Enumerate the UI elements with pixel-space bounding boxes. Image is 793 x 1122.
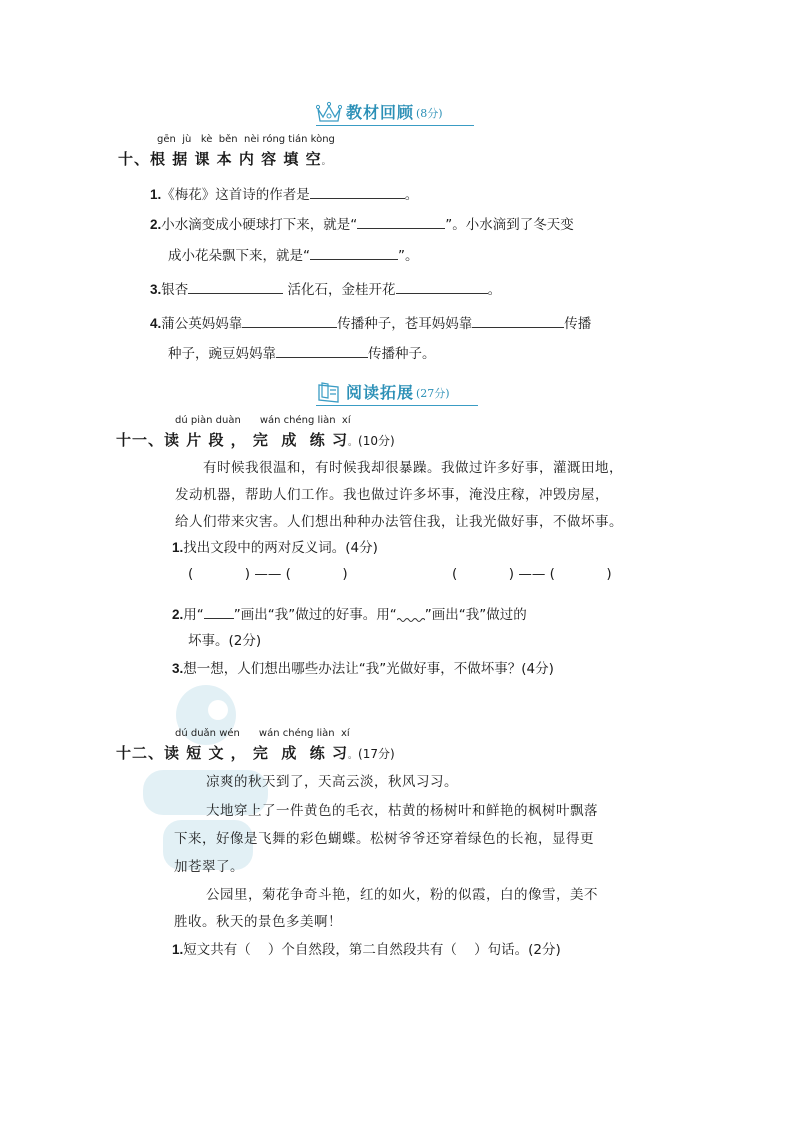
- answer-blank[interactable]: [310, 184, 405, 199]
- q12-sub-1: 1.短文共有（ ）个自然段，第二自然段共有（ ）句话。(2分): [172, 941, 561, 959]
- q12-passage-line: 公园里，菊花争奇斗艳，红的如火，粉的似霞，白的像雪，美不: [206, 886, 598, 904]
- answer-blank[interactable]: [396, 279, 488, 294]
- book-icon: [316, 381, 342, 403]
- q12-passage-line: 加苍翠了。: [174, 858, 244, 876]
- wavy-underline-sample: [397, 614, 425, 622]
- answer-blank[interactable]: [242, 313, 337, 328]
- section-underline: [316, 405, 478, 406]
- section-header-textbook-review: 教材回顾 (8分): [316, 97, 474, 123]
- section-points: (8分): [416, 105, 443, 123]
- q11-score: (10分): [358, 434, 395, 448]
- straight-underline-sample: [204, 604, 234, 619]
- q10-end: 。: [322, 157, 332, 167]
- q12-score: (17分): [358, 747, 395, 761]
- answer-blank[interactable]: [310, 245, 398, 260]
- section-header-reading-extension: 阅读拓展 (27分): [316, 377, 478, 403]
- q11-sub-2: 2.用“”画出“我”做过的好事。用“”画出“我”做过的: [172, 604, 527, 624]
- q12-pinyin: dú duǎn wén wán chéng liàn xí: [175, 728, 350, 739]
- q10-pinyin: gēn jù kè běn nèi róng tián kòng: [157, 134, 335, 145]
- q11-sub-3: 3.想一想，人们想出哪些办法让“我”光做好事，不做坏事？(4分): [172, 660, 554, 678]
- answer-blank[interactable]: [188, 279, 283, 294]
- section-title: 阅读拓展: [346, 383, 414, 403]
- q10-title: 十、根 据 课 本 内 容 填 空。: [118, 148, 332, 169]
- q12-passage-line: 胜收。秋天的景色多美啊！: [174, 913, 342, 931]
- q10-item-1: 1.《梅花》这首诗的作者是。: [150, 184, 418, 204]
- q12-passage-line: 大地穿上了一件黄色的毛衣，枯黄的杨树叶和鲜艳的枫树叶飘落: [206, 802, 598, 820]
- crown-icon: [316, 101, 342, 123]
- q10-item-2-line2: 成小花朵飘下来，就是“”。: [168, 245, 419, 265]
- antonym-pair-2[interactable]: ( ) —— ( ): [452, 565, 612, 583]
- q10-item-3: 3.银杏 活化石，金桂开花。: [150, 279, 501, 299]
- q10-item-2: 2.小水滴变成小硬球打下来，就是“”。小水滴到了冬天变: [150, 214, 574, 234]
- section-title: 教材回顾: [346, 103, 414, 123]
- section-points: (27分): [416, 385, 450, 403]
- q11-passage-line: 发动机器，帮助人们工作。我也做过许多坏事，淹没庄稼，冲毁房屋，: [175, 486, 609, 504]
- q11-passage-line: 有时候我很温和，有时候我却很暴躁。我做过许多好事，灌溉田地，: [203, 459, 623, 477]
- section-underline: [316, 125, 474, 126]
- q10-item-4-line2: 种子，豌豆妈妈靠传播种子。: [168, 343, 436, 363]
- answer-blank[interactable]: [357, 214, 445, 229]
- answer-blank[interactable]: [472, 313, 564, 328]
- q10-number: 十、: [118, 150, 150, 168]
- antonym-pair-1[interactable]: ( ) —— ( ): [188, 565, 348, 583]
- q11-sub-1: 1.找出文段中的两对反义词。(4分): [172, 539, 378, 557]
- q12-passage-line: 凉爽的秋天到了，天高云淡，秋风习习。: [206, 773, 458, 791]
- q12-passage-line: 下来，好像是飞舞的彩色蝴蝶。松树爷爷还穿着绿色的长袍，显得更: [174, 830, 594, 848]
- q10-item-4: 4.蒲公英妈妈靠传播种子，苍耳妈妈靠传播: [150, 313, 591, 333]
- q11-sub-2-line2: 坏事。(2分): [188, 632, 261, 650]
- q11-passage-line: 给人们带来灾害。人们想出种种办法管住我，让我光做好事，不做坏事。: [175, 513, 623, 531]
- q10-title-text: 根 据 课 本 内 容 填 空: [150, 150, 322, 168]
- q11-title: 十一、读 片 段 ， 完 成 练 习。(10分): [116, 429, 395, 450]
- q12-title: 十二、读 短 文 ， 完 成 练 习。(17分): [116, 742, 395, 763]
- q11-pinyin: dú piàn duàn wán chéng liàn xí: [175, 415, 351, 426]
- answer-blank[interactable]: [276, 343, 368, 358]
